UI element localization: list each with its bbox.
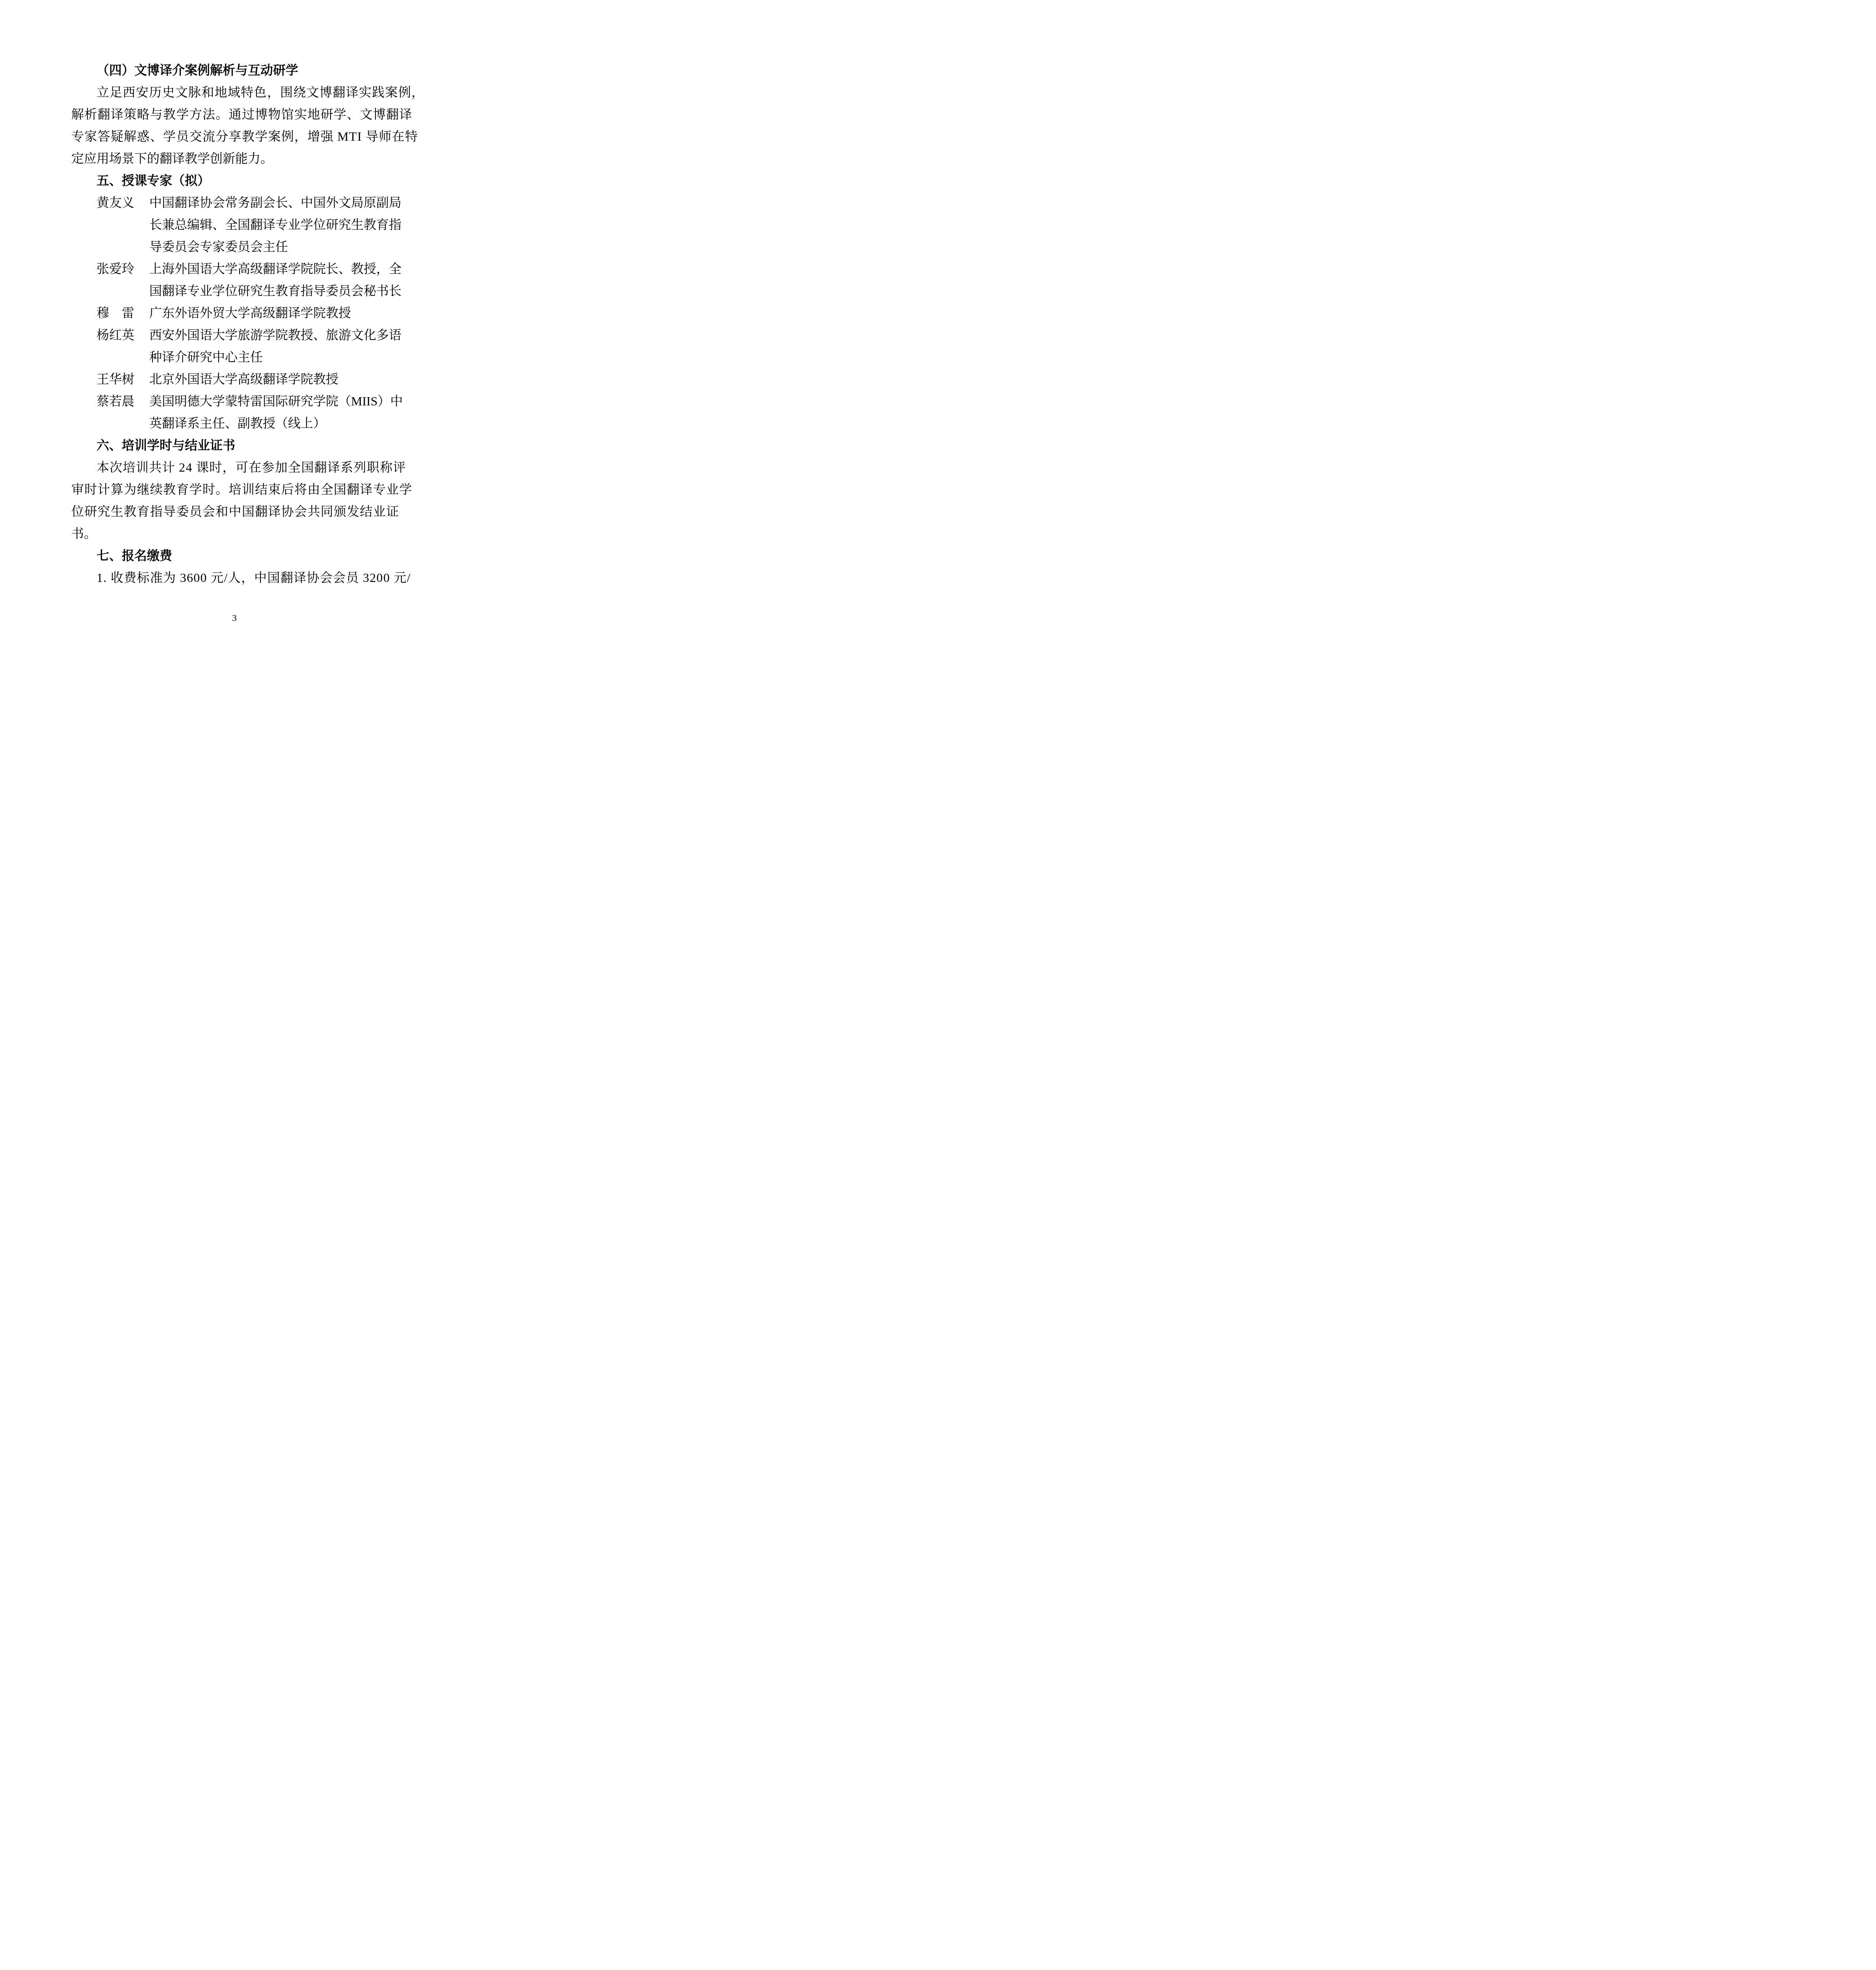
text-line: 北京外国语大学高级翻译学院教授 <box>149 368 338 390</box>
text-line: 位研究生教育指导委员会和中国翻译协会共同颁发结业证 <box>71 500 404 522</box>
text-line: 西安外国语大学旅游学院教授、旅游文化多语 <box>149 324 401 346</box>
expert-name: 杨红英 <box>97 324 136 346</box>
expert-row: 黄友义 中国翻译协会常务副会长、中国外文局原副局 长兼总编辑、全国翻译专业学位研… <box>71 191 404 258</box>
expert-name: 穆 雷 <box>97 302 136 324</box>
text-line: 导委员会专家委员会主任 <box>149 236 401 258</box>
text-line: 中国翻译协会常务副会长、中国外文局原副局 <box>149 191 401 214</box>
expert-name: 黄友义 <box>97 191 136 214</box>
text-line: 广东外语外贸大学高级翻译学院教授 <box>149 302 351 324</box>
section5-heading: 五、授课专家（拟） <box>71 169 404 191</box>
expert-row: 杨红英 西安外国语大学旅游学院教授、旅游文化多语 种译介研究中心主任 <box>71 324 404 368</box>
expert-name: 蔡若晨 <box>97 390 136 412</box>
text-line: 1. 收费标准为 3600 元/人，中国翻译协会会员 3200 元/ <box>71 567 404 589</box>
section7-heading: 七、报名缴费 <box>71 545 404 567</box>
document-content: （四）文博译介案例解析与互动研学 立足西安历史文脉和地域特色，围绕文博翻译实践案… <box>71 59 404 589</box>
section4-heading: （四）文博译介案例解析与互动研学 <box>71 59 404 81</box>
text-line: 本次培训共计 24 课时，可在参加全国翻译系列职称评 <box>71 456 404 478</box>
text-line: 美国明德大学蒙特雷国际研究学院（MIIS）中 <box>149 390 403 412</box>
expert-row: 穆 雷 广东外语外贸大学高级翻译学院教授 <box>71 302 404 324</box>
text-line: 立足西安历史文脉和地域特色，围绕文博翻译实践案例， <box>71 81 404 103</box>
text-line: 长兼总编辑、全国翻译专业学位研究生教育指 <box>149 214 401 236</box>
text-line: 解析翻译策略与教学方法。通过博物馆实地研学、文博翻译 <box>71 103 404 125</box>
expert-desc: 上海外国语大学高级翻译学院院长、教授，全 国翻译专业学位研究生教育指导委员会秘书… <box>149 258 401 302</box>
text-line: 国翻译专业学位研究生教育指导委员会秘书长 <box>149 280 401 302</box>
text-line: 定应用场景下的翻译教学创新能力。 <box>71 147 404 169</box>
expert-desc: 北京外国语大学高级翻译学院教授 <box>149 368 338 390</box>
expert-name: 王华树 <box>97 368 136 390</box>
text-line: 上海外国语大学高级翻译学院院长、教授，全 <box>149 258 401 280</box>
text-line: 审时计算为继续教育学时。培训结束后将由全国翻译专业学 <box>71 478 404 500</box>
expert-name: 张爱玲 <box>97 258 136 280</box>
section6-heading: 六、培训学时与结业证书 <box>71 434 404 456</box>
text-line: 种译介研究中心主任 <box>149 346 401 368</box>
expert-desc: 美国明德大学蒙特雷国际研究学院（MIIS）中 英翻译系主任、副教授（线上） <box>149 390 403 434</box>
text-line: 专家答疑解惑、学员交流分享教学案例，增强 MTI 导师在特 <box>71 125 404 147</box>
text-line: 英翻译系主任、副教授（线上） <box>149 412 403 434</box>
page-number: 3 <box>0 611 469 625</box>
document-page: （四）文博译介案例解析与互动研学 立足西安历史文脉和地域特色，围绕文博翻译实践案… <box>0 0 469 663</box>
expert-row: 蔡若晨 美国明德大学蒙特雷国际研究学院（MIIS）中 英翻译系主任、副教授（线上… <box>71 390 404 434</box>
expert-desc: 广东外语外贸大学高级翻译学院教授 <box>149 302 351 324</box>
expert-row: 王华树 北京外国语大学高级翻译学院教授 <box>71 368 404 390</box>
expert-desc: 西安外国语大学旅游学院教授、旅游文化多语 种译介研究中心主任 <box>149 324 401 368</box>
expert-desc: 中国翻译协会常务副会长、中国外文局原副局 长兼总编辑、全国翻译专业学位研究生教育… <box>149 191 401 258</box>
expert-row: 张爱玲 上海外国语大学高级翻译学院院长、教授，全 国翻译专业学位研究生教育指导委… <box>71 258 404 302</box>
text-line: 书。 <box>71 522 404 545</box>
